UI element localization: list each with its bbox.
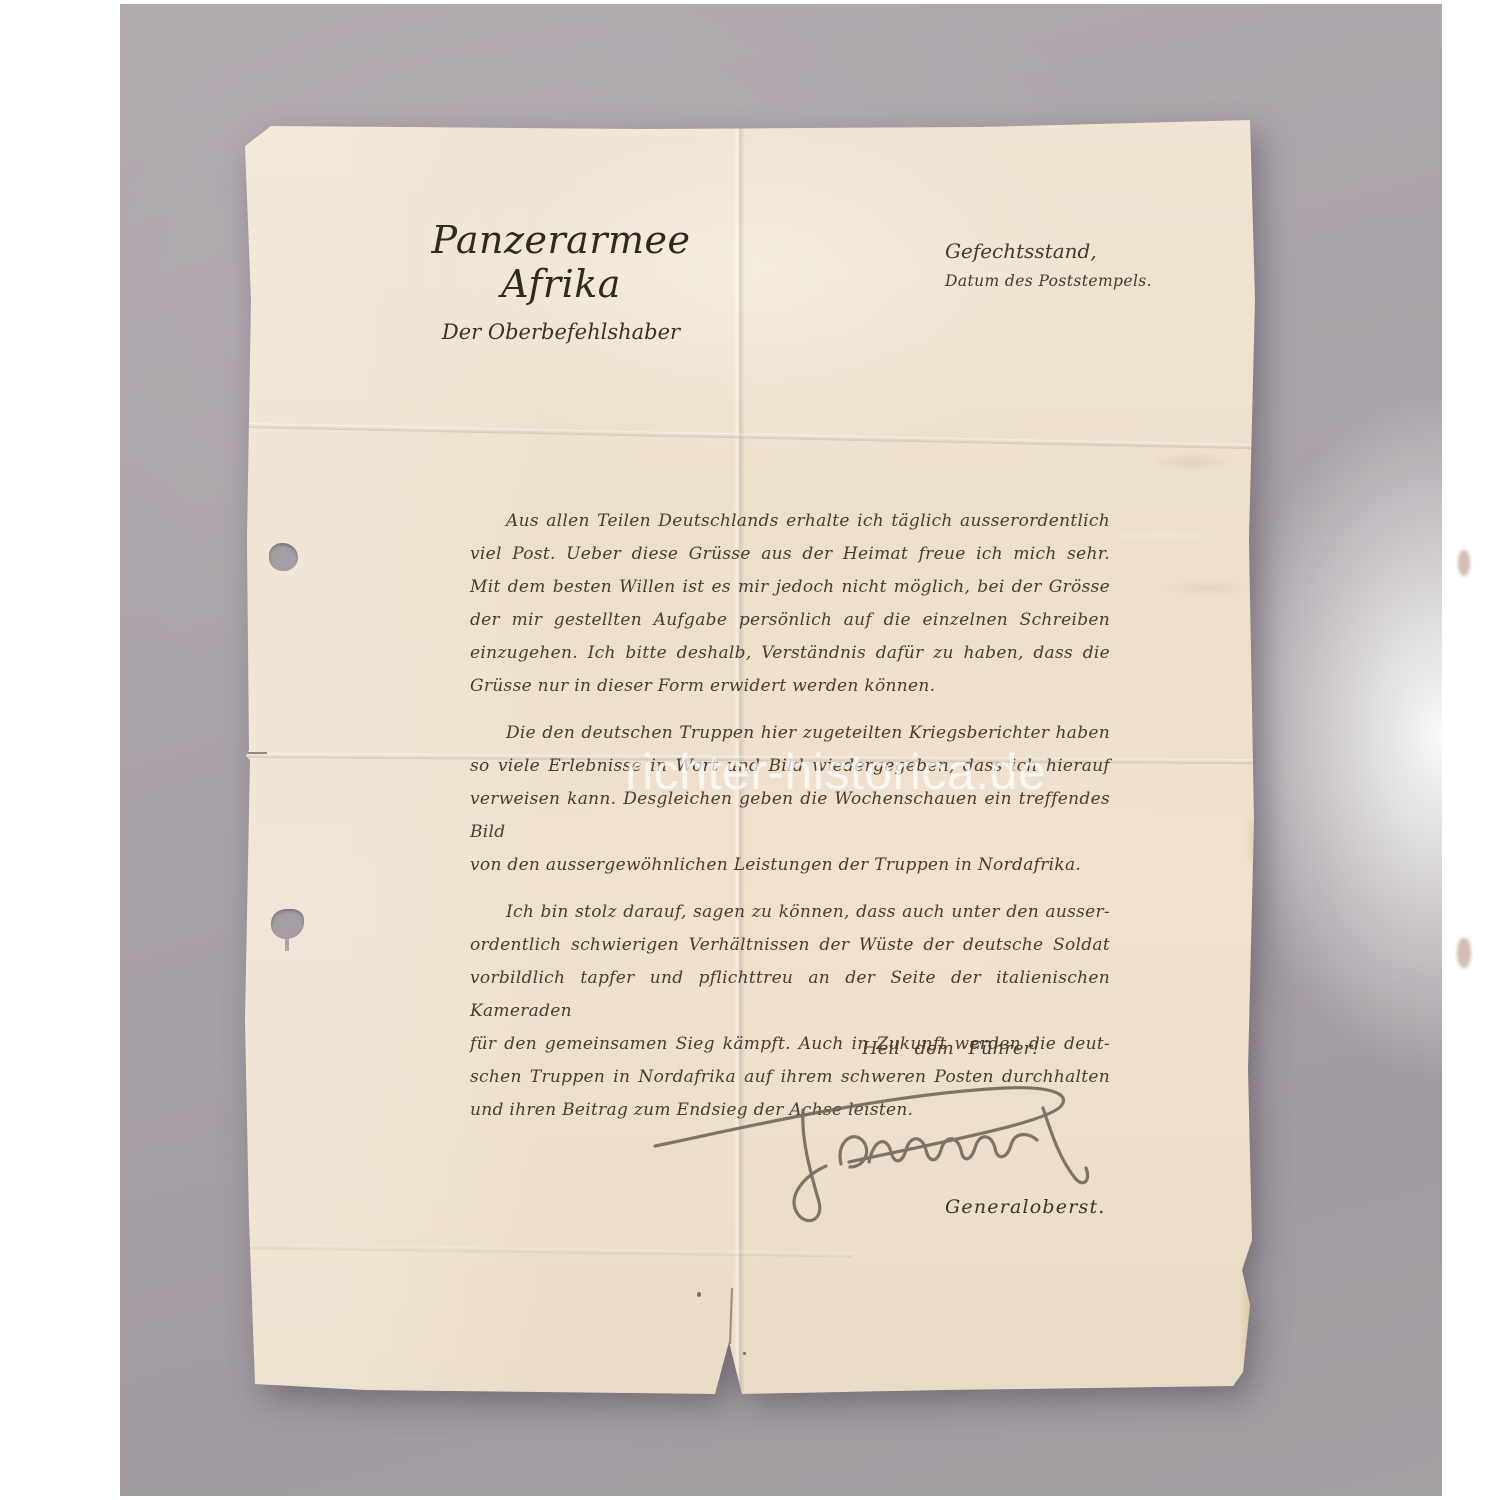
paragraph: Aus allen Teilen Deutschlands erhalte ic… bbox=[470, 505, 1110, 703]
left-edge-crack bbox=[245, 752, 267, 754]
margin-smudge bbox=[1457, 938, 1471, 968]
watermark-text: richter-historica.de bbox=[625, 743, 1046, 801]
postmark-date-line: Datum des Poststempels. bbox=[945, 272, 1152, 290]
punch-hole-bottom bbox=[271, 909, 304, 939]
margin-smudge bbox=[1458, 550, 1470, 576]
punch-hole-top bbox=[269, 543, 298, 571]
right-edge-wrinkles bbox=[1102, 420, 1252, 630]
body-line: einzugehen. Ich bitte deshalb, Verständn… bbox=[470, 637, 1110, 670]
body-line: von den aussergewöhnlichen Leistungen de… bbox=[470, 849, 1110, 882]
edge-discoloration bbox=[1250, 820, 1258, 860]
lower-fold-crease bbox=[245, 1244, 853, 1257]
rank-line: Generaloberst. bbox=[945, 1196, 1106, 1218]
body-line: Ich bin stolz darauf, sagen zu können, d… bbox=[470, 896, 1110, 929]
body-line: der mir gestellten Aufgabe persönlich au… bbox=[470, 604, 1110, 637]
letterhead-right: Gefechtsstand, Datum des Poststempels. bbox=[945, 239, 1152, 290]
letterhead-left: Panzerarmee Afrika Der Oberbefehlshaber bbox=[390, 218, 732, 344]
body-line: vorbildlich tapfer und pflichttreu an de… bbox=[470, 962, 1110, 1028]
body-line: ordentlich schwierigen Verhältnissen der… bbox=[470, 929, 1110, 962]
commander-title: Der Oberbefehlshaber bbox=[390, 320, 732, 344]
body-line: Grüsse nur in dieser Form erwidert werde… bbox=[470, 670, 1110, 703]
field-post-place: Gefechtsstand, bbox=[945, 239, 1152, 263]
body-line: viel Post. Ueber diese Grüsse aus der He… bbox=[470, 538, 1110, 571]
body-line: Aus allen Teilen Deutschlands erhalte ic… bbox=[470, 505, 1110, 538]
grey-backdrop: Panzerarmee Afrika Der Oberbefehlshaber … bbox=[120, 4, 1442, 1496]
edge-discoloration bbox=[1244, 1288, 1256, 1362]
unit-name: Panzerarmee Afrika bbox=[390, 218, 732, 306]
closing-salute: Heil dem Führer! bbox=[862, 1038, 1039, 1059]
foxing-speck bbox=[743, 1352, 746, 1355]
body-line: Mit dem besten Willen ist es mir jedoch … bbox=[470, 571, 1110, 604]
photo-canvas: Panzerarmee Afrika Der Oberbefehlshaber … bbox=[0, 0, 1500, 1500]
foxing-speck bbox=[697, 1292, 701, 1297]
punch-hole-tear bbox=[285, 938, 289, 951]
